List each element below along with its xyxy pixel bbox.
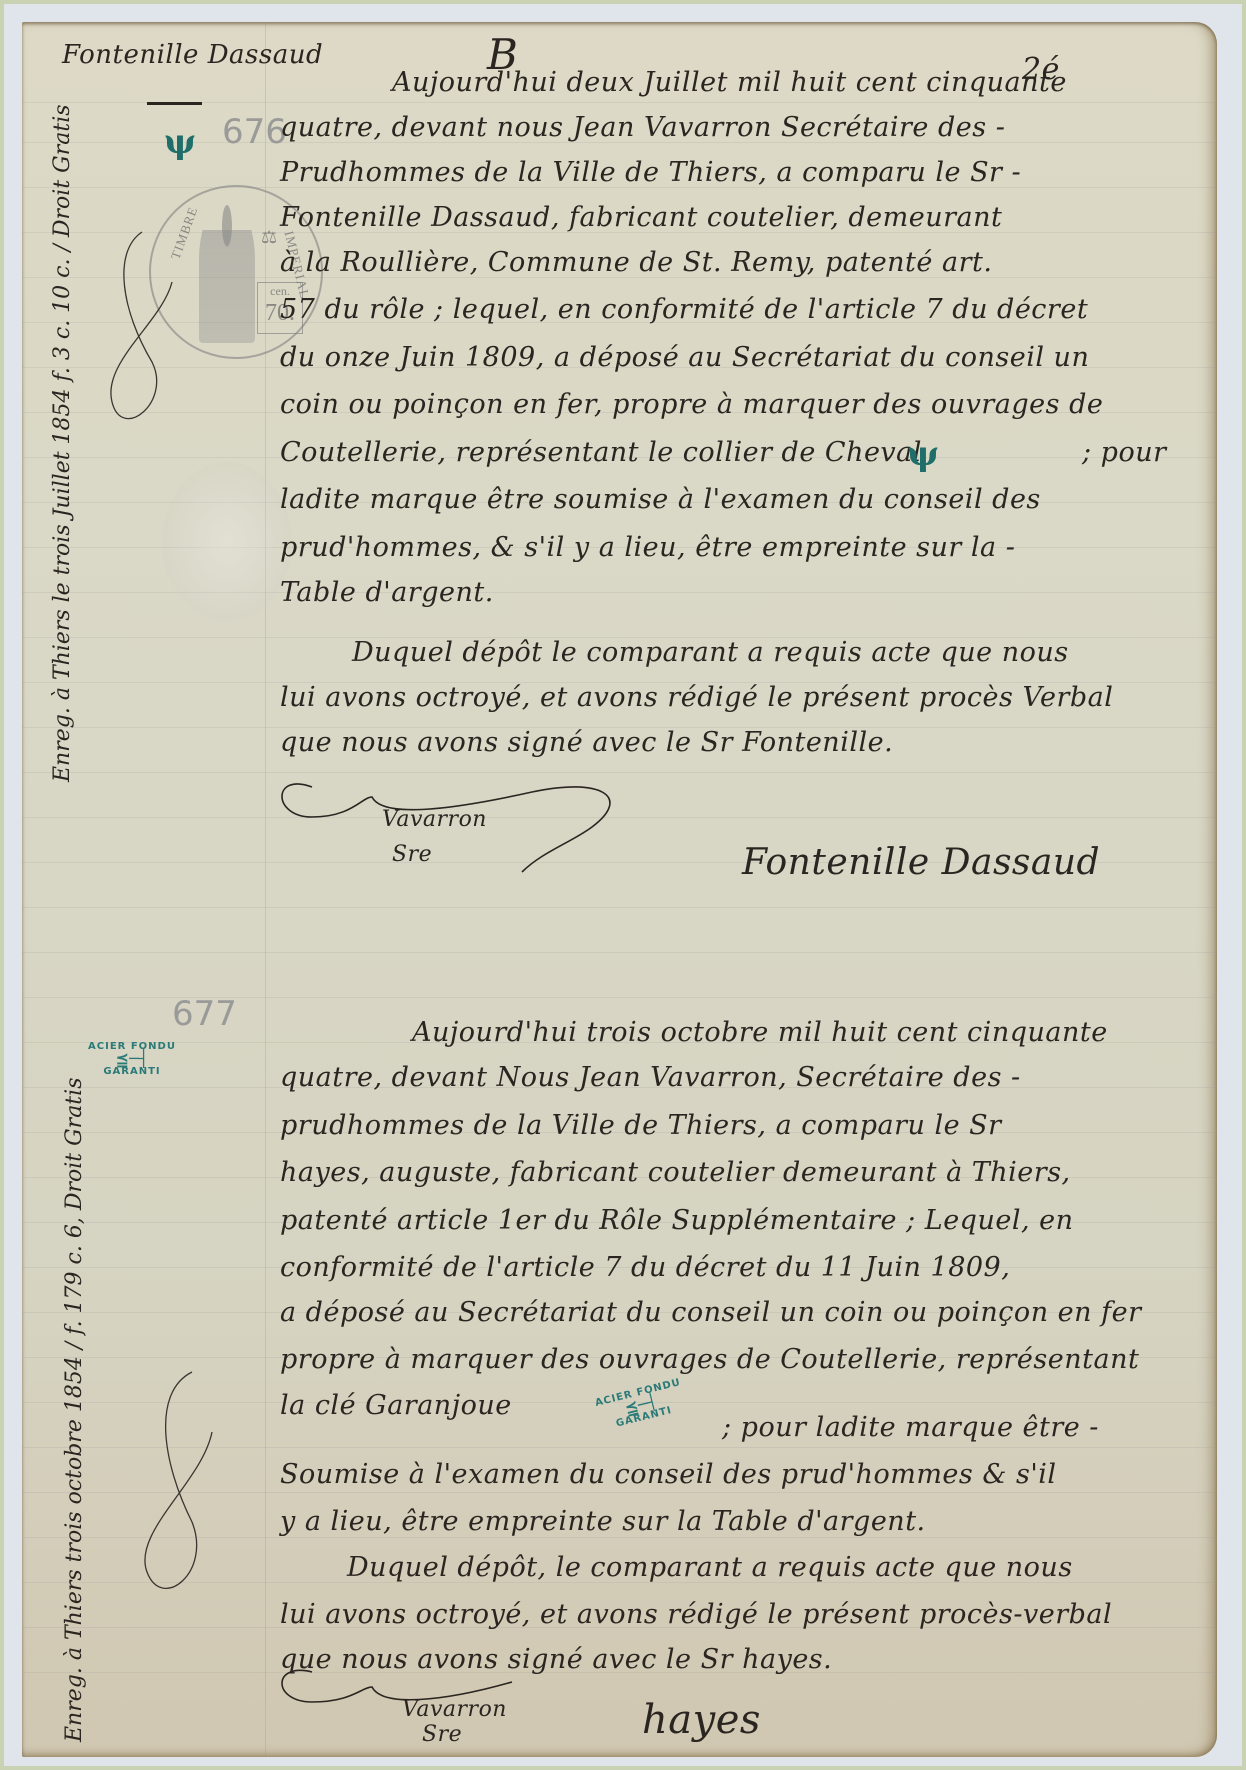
pencil-entry-number-676: 676 xyxy=(222,112,287,152)
signature-vavarron-677: Vavarron xyxy=(402,1697,507,1722)
scales-icon: ⚖ xyxy=(261,227,277,248)
entry-676-line-13: Duquel dépôt le comparant a requis acte … xyxy=(352,637,1069,668)
entry-676-line-5: à la Roullière, Commune de St. Remy, pat… xyxy=(280,247,992,278)
entry-677-line-1: Aujourd'hui trois octobre mil huit cent … xyxy=(412,1017,1108,1048)
signature-fontenille-dassaud: Fontenille Dassaud xyxy=(742,842,1100,883)
entry-677-line-2: quatre, devant Nous Jean Vavarron, Secré… xyxy=(280,1062,1021,1093)
justice-figure-icon xyxy=(199,205,255,343)
entry-676-line-4: Fontenille Dassaud, fabricant coutelier,… xyxy=(280,202,1002,233)
entry-676-line-11: prud'hommes, & s'il y a lieu, être empre… xyxy=(280,532,1015,563)
header-underline xyxy=(147,102,202,105)
entry-677-line-6: conformité de l'article 7 du décret du 1… xyxy=(280,1252,1010,1283)
entry-677-line-9b: ; pour ladite marque être - xyxy=(722,1412,1099,1443)
entry-676-line-14: lui avons octroyé, et avons rédigé le pr… xyxy=(280,682,1113,713)
pencil-entry-number-677: 677 xyxy=(172,994,237,1034)
entry-677-line-8: propre à marquer des ouvrages de Coutell… xyxy=(280,1344,1139,1375)
entry-676-line-10: ladite marque être soumise à l'examen du… xyxy=(280,484,1041,515)
signature-vavarron-676: Vavarron xyxy=(382,807,487,832)
margin-note-676: Enreg. à Thiers le trois Juillet 1854 f.… xyxy=(50,104,75,782)
entry-676-line-3: Prudhommes de la Ville de Thiers, a comp… xyxy=(280,157,1021,188)
entry-677-line-9: la clé Garanjoue xyxy=(280,1390,512,1421)
entry-677-line-10: Soumise à l'examen du conseil des prud'h… xyxy=(280,1459,1057,1490)
margin-paraphe-677 xyxy=(132,1362,222,1622)
register-page: Fontenille Dassaud B 2é 676 ψ TIMBRE IMP… xyxy=(22,22,1217,1757)
horse-collar-mark-icon: ψ xyxy=(164,122,196,162)
signature-hayes: hayes xyxy=(642,1697,761,1743)
entry-677-line-5: patenté article 1er du Rôle Supplémentai… xyxy=(280,1205,1074,1236)
entry-676-line-15: que nous avons signé avec le Sr Fontenil… xyxy=(280,727,893,758)
margin-paraphe-676 xyxy=(102,222,182,452)
entry-676-line-6: 57 du rôle ; lequel, en conformité de l'… xyxy=(280,294,1088,325)
entry-677-line-12: Duquel dépôt, le comparant a requis acte… xyxy=(347,1552,1073,1583)
entry-676-line-7: du onze Juin 1809, a déposé au Secrétari… xyxy=(280,342,1089,373)
entry-677-line-4: hayes, auguste, fabricant coutelier deme… xyxy=(280,1157,1071,1188)
key-mark-icon: ⪳─┤ xyxy=(82,1052,182,1066)
signature-sre-676: Sre xyxy=(392,842,432,867)
signature-sre-677: Sre xyxy=(422,1722,462,1747)
entry-676-line-12: Table d'argent. xyxy=(280,577,494,608)
entry-676-line-1: Aujourd'hui deux Juillet mil huit cent c… xyxy=(392,67,1067,98)
horse-collar-mark-inline-icon: ψ xyxy=(907,434,939,474)
entry-676-line-2: quatre, devant nous Jean Vavarron Secrét… xyxy=(280,112,1005,143)
entry-677-line-3: prudhommes de la Ville de Thiers, a comp… xyxy=(280,1110,1002,1141)
header-name: Fontenille Dassaud xyxy=(62,40,323,70)
entry-677-line-11: y a lieu, être empreinte sur la Table d'… xyxy=(280,1506,926,1537)
acier-fondu-garanti-stamp-inline: ACIER FONDU ⪳─┤ GARANTI xyxy=(588,1375,696,1444)
acier-fondu-garanti-stamp: ACIER FONDU ⪳─┤ GARANTI xyxy=(82,1040,182,1086)
entry-676-line-9b: ; pour xyxy=(1082,437,1167,468)
entry-677-line-7: a déposé au Secrétariat du conseil un co… xyxy=(280,1297,1142,1328)
entry-676-line-8: coin ou poinçon en fer, propre à marquer… xyxy=(280,389,1103,420)
entry-677-line-13: lui avons octroyé, et avons rédigé le pr… xyxy=(280,1599,1112,1630)
margin-note-677: Enreg. à Thiers trois octobre 1854 / f. … xyxy=(62,1078,87,1742)
dry-embossed-seal xyxy=(162,462,292,622)
entry-676-line-9: Coutellerie, représentant le collier de … xyxy=(280,437,922,468)
